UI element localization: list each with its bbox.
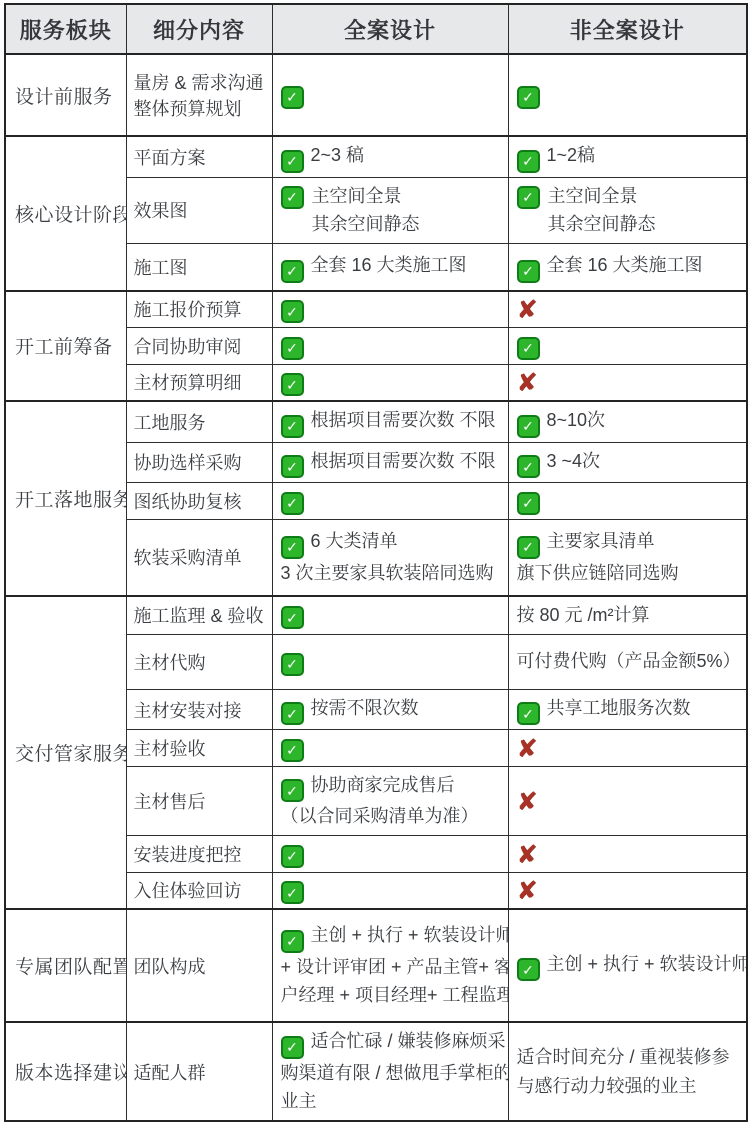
item-label: 施工图 [126, 244, 272, 291]
non-full-design-cell: ✓主要家具清单 旗下供应链陪同选购 [508, 519, 747, 596]
cross-icon: ✘ [517, 792, 538, 812]
cell-text: 1~2稿 [547, 145, 596, 165]
check-icon: ✓ [517, 150, 540, 173]
check-icon: ✓ [281, 260, 304, 283]
check-icon: ✓ [517, 186, 540, 209]
check-icon: ✓ [281, 455, 304, 478]
check-icon: ✓ [281, 606, 304, 629]
item-label: 主材代购 [126, 634, 272, 689]
full-design-cell: ✓ [272, 596, 508, 634]
header-full-design: 全案设计 [272, 4, 508, 54]
non-full-design-cell: ✓3 ~4次 [508, 442, 747, 483]
full-design-cell: ✓协助商家完成售后 （以合同采购清单为准） [272, 766, 508, 835]
table-row: 版本选择建议适配人群✓适合忙碌 / 嫌装修麻烦采 购渠道有限 / 想做甩手掌柜的… [5, 1022, 747, 1121]
table-row: 核心设计阶段平面方案✓2~3 稿✓1~2稿 [5, 136, 747, 177]
item-label: 软装采购清单 [126, 519, 272, 596]
cell-text: 主空间全景 其余空间静态 [312, 182, 420, 240]
item-label: 适配人群 [126, 1022, 272, 1121]
cell-text: 根据项目需要次数 不限 [311, 410, 496, 430]
non-full-design-cell: ✘ [508, 766, 747, 835]
non-full-design-cell: ✓主创 + 执行 + 软装设计师 [508, 909, 747, 1022]
section-label: 开工落地服务 [5, 401, 126, 596]
check-icon: ✓ [517, 536, 540, 559]
item-label: 主材售后 [126, 766, 272, 835]
full-design-cell: ✓ [272, 872, 508, 909]
item-label: 图纸协助复核 [126, 483, 272, 520]
full-design-cell: ✓主创 + 执行 + 软装设计师 + 设计评审团 + 产品主管+ 客 户经理 +… [272, 909, 508, 1022]
section-label: 交付管家服务 [5, 596, 126, 909]
cross-icon: ✘ [517, 739, 538, 759]
non-full-design-cell: 按 80 元 /m²计算 [508, 596, 747, 634]
non-full-design-cell: ✓主空间全景 其余空间静态 [508, 177, 747, 244]
check-icon: ✓ [281, 702, 304, 725]
section-label: 设计前服务 [5, 54, 126, 136]
cell-text: 可付费代购（产品金额5%） [517, 647, 743, 676]
section-label: 核心设计阶段 [5, 136, 126, 291]
cell-text: 2~3 稿 [311, 145, 365, 165]
non-full-design-cell: ✘ [508, 872, 747, 909]
full-design-cell: ✓主空间全景 其余空间静态 [272, 177, 508, 244]
header-detail-content: 细分内容 [126, 4, 272, 54]
item-label: 团队构成 [126, 909, 272, 1022]
item-label: 入住体验回访 [126, 872, 272, 909]
check-icon: ✓ [517, 86, 540, 109]
item-label: 合同协助审阅 [126, 328, 272, 365]
item-label: 主材预算明细 [126, 364, 272, 401]
item-label: 安装进度把控 [126, 836, 272, 873]
check-icon: ✓ [281, 930, 304, 953]
non-full-design-cell: ✓ [508, 54, 747, 136]
cell-text: 8~10次 [547, 410, 606, 430]
cell-text: 3 ~4次 [547, 451, 601, 471]
check-icon: ✓ [281, 86, 304, 109]
check-icon: ✓ [281, 1036, 304, 1059]
non-full-design-cell: ✓共享工地服务次数 [508, 689, 747, 730]
check-icon: ✓ [517, 702, 540, 725]
non-full-design-cell: ✘ [508, 364, 747, 401]
full-design-cell: ✓全套 16 大类施工图 [272, 244, 508, 291]
full-design-cell: ✓ [272, 634, 508, 689]
cross-icon: ✘ [517, 300, 538, 320]
full-design-cell: ✓2~3 稿 [272, 136, 508, 177]
item-label: 平面方案 [126, 136, 272, 177]
check-icon: ✓ [281, 415, 304, 438]
service-comparison-page: 服务板块 细分内容 全案设计 非全案设计 设计前服务量房 & 需求沟通 整体预算… [4, 3, 746, 1122]
table-row: 开工前筹备施工报价预算✓✘ [5, 291, 747, 328]
full-design-cell: ✓ [272, 836, 508, 873]
check-icon: ✓ [517, 492, 540, 515]
non-full-design-cell: ✓全套 16 大类施工图 [508, 244, 747, 291]
cell-text: 6 大类清单 3 次主要家具软装陪同选购 [281, 531, 494, 583]
check-icon: ✓ [281, 881, 304, 904]
item-label: 主材安装对接 [126, 689, 272, 730]
section-label: 版本选择建议 [5, 1022, 126, 1121]
item-label: 工地服务 [126, 401, 272, 442]
check-icon: ✓ [517, 415, 540, 438]
cell-text: 全套 16 大类施工图 [547, 255, 703, 275]
item-label: 施工监理 & 验收 [126, 596, 272, 634]
non-full-design-cell: ✓ [508, 483, 747, 520]
table-row: 开工落地服务工地服务✓根据项目需要次数 不限✓8~10次 [5, 401, 747, 442]
cross-icon: ✘ [517, 373, 538, 393]
table-header-row: 服务板块 细分内容 全案设计 非全案设计 [5, 4, 747, 54]
full-design-cell: ✓根据项目需要次数 不限 [272, 401, 508, 442]
check-icon: ✓ [281, 653, 304, 676]
check-icon: ✓ [281, 536, 304, 559]
check-icon: ✓ [281, 739, 304, 762]
item-label: 主材验收 [126, 730, 272, 767]
cell-text: 适合时间充分 / 重视装修参 与感行动力较强的业主 [517, 1043, 743, 1101]
check-icon: ✓ [281, 373, 304, 396]
full-design-cell: ✓6 大类清单 3 次主要家具软装陪同选购 [272, 519, 508, 596]
cell-text: 全套 16 大类施工图 [311, 255, 467, 275]
check-icon: ✓ [281, 845, 304, 868]
check-icon: ✓ [281, 337, 304, 360]
table-row: 设计前服务量房 & 需求沟通 整体预算规划✓✓ [5, 54, 747, 136]
full-design-cell: ✓ [272, 291, 508, 328]
header-service-section: 服务板块 [5, 4, 126, 54]
item-label: 协助选样采购 [126, 442, 272, 483]
full-design-cell: ✓ [272, 483, 508, 520]
non-full-design-cell: ✓8~10次 [508, 401, 747, 442]
cross-icon: ✘ [517, 845, 538, 865]
check-icon: ✓ [517, 337, 540, 360]
cross-icon: ✘ [517, 881, 538, 901]
non-full-design-cell: 可付费代购（产品金额5%） [508, 634, 747, 689]
cell-text: 适合忙碌 / 嫌装修麻烦采 购渠道有限 / 想做甩手掌柜的 业主 [281, 1031, 509, 1111]
cell-text: 根据项目需要次数 不限 [311, 451, 496, 471]
full-design-cell: ✓ [272, 730, 508, 767]
non-full-design-cell: ✓1~2稿 [508, 136, 747, 177]
cell-text: 协助商家完成售后 （以合同采购清单为准） [281, 775, 479, 827]
table-row: 专属团队配置团队构成✓主创 + 执行 + 软装设计师 + 设计评审团 + 产品主… [5, 909, 747, 1022]
item-label: 量房 & 需求沟通 整体预算规划 [126, 54, 272, 136]
header-non-full-design: 非全案设计 [508, 4, 747, 54]
full-design-cell: ✓按需不限次数 [272, 689, 508, 730]
cell-text: 主要家具清单 旗下供应链陪同选购 [517, 531, 679, 583]
item-label: 施工报价预算 [126, 291, 272, 328]
check-icon: ✓ [281, 779, 304, 802]
full-design-cell: ✓适合忙碌 / 嫌装修麻烦采 购渠道有限 / 想做甩手掌柜的 业主 [272, 1022, 508, 1121]
non-full-design-cell: ✓ [508, 328, 747, 365]
non-full-design-cell: 适合时间充分 / 重视装修参 与感行动力较强的业主 [508, 1022, 747, 1121]
cell-text: 主空间全景 其余空间静态 [548, 182, 656, 240]
check-icon: ✓ [281, 186, 304, 209]
check-icon: ✓ [281, 150, 304, 173]
full-design-cell: ✓ [272, 364, 508, 401]
check-icon: ✓ [517, 958, 540, 981]
check-icon: ✓ [281, 300, 304, 323]
check-icon: ✓ [517, 455, 540, 478]
non-full-design-cell: ✘ [508, 291, 747, 328]
cell-text: 按 80 元 /m²计算 [517, 601, 743, 630]
full-design-cell: ✓ [272, 54, 508, 136]
non-full-design-cell: ✘ [508, 730, 747, 767]
non-full-design-cell: ✘ [508, 836, 747, 873]
check-icon: ✓ [517, 260, 540, 283]
full-design-cell: ✓ [272, 328, 508, 365]
cell-text: 共享工地服务次数 [547, 698, 691, 718]
cell-text: 按需不限次数 [311, 698, 419, 718]
item-label: 效果图 [126, 177, 272, 244]
full-design-cell: ✓根据项目需要次数 不限 [272, 442, 508, 483]
service-comparison-table: 服务板块 细分内容 全案设计 非全案设计 设计前服务量房 & 需求沟通 整体预算… [4, 3, 748, 1122]
cell-text: 主创 + 执行 + 软装设计师 + 设计评审团 + 产品主管+ 客 户经理 + … [281, 925, 509, 1005]
section-label: 专属团队配置 [5, 909, 126, 1022]
table-row: 交付管家服务施工监理 & 验收✓按 80 元 /m²计算 [5, 596, 747, 634]
check-icon: ✓ [281, 492, 304, 515]
cell-text: 主创 + 执行 + 软装设计师 [547, 954, 748, 974]
section-label: 开工前筹备 [5, 291, 126, 402]
